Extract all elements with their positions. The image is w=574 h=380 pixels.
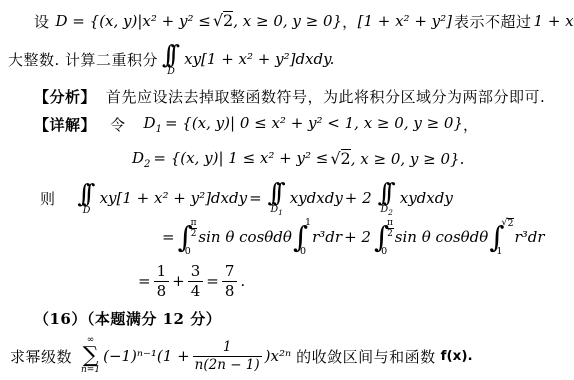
math-text: sin θ cosθdθ xyxy=(198,228,292,246)
cjk-comma: ， xyxy=(342,11,358,32)
integral: ∫ 1 0 xyxy=(293,218,311,256)
fraction: 18 xyxy=(154,262,170,301)
detail-label: 【详解】 xyxy=(34,114,96,135)
document-page: 设 D = {(x, y)|x² + y² ≤ √2 , x ≥ 0, y ≥ … xyxy=(0,0,574,380)
analysis-text: 首先应设法去掉取整函数符号，为此将积分区域分为两部分即可. xyxy=(106,86,545,107)
fraction: 1n(2n − 1) xyxy=(193,339,262,372)
double-integral-sign: ∫∫ xyxy=(268,180,286,206)
integral-sign: ∫ xyxy=(273,180,286,206)
math-text: sin θ cosθdθ xyxy=(395,228,489,246)
cjk-text: 令 xyxy=(110,114,126,135)
double-integral: ∫∫ D1 xyxy=(268,180,286,217)
math-text: (−1)ⁿ⁻¹(1 + xyxy=(103,347,190,365)
sigma-sign: ∑ xyxy=(83,346,99,367)
problem16-header: （16）（本题满分 12 分） xyxy=(34,306,221,330)
integral-upper-limit: √2 xyxy=(501,218,513,230)
period: . xyxy=(240,272,245,290)
summation: ∞ ∑ n=1 xyxy=(81,336,100,377)
cjk-text: 求幂级数 xyxy=(10,346,72,367)
math-text: r³dr xyxy=(515,228,545,246)
math-text: )x²ⁿ xyxy=(265,347,291,365)
double-integral-sign: ∫∫ xyxy=(162,42,180,68)
cjk-text: 设 xyxy=(34,11,50,32)
math-operator: + xyxy=(172,272,185,290)
calc-line2: = ∫ π2 0 sin θ cosθdθ ∫ 1 0 r³dr + 2 ∫ π… xyxy=(160,212,545,262)
math-text: xy[1 + x² + y²]dxdy xyxy=(100,189,248,207)
integral-lower-limit: 0 xyxy=(381,247,394,257)
problem16-title: （16）（本题满分 12 分） xyxy=(34,308,221,329)
math-operator: + 2 xyxy=(344,228,371,246)
math-text: , x ≥ 0, y ≥ 0}. xyxy=(351,150,465,168)
double-integral-sign: ∫∫ xyxy=(378,180,396,206)
cjk-text: 大整数. 计算二重积分 xyxy=(8,49,158,70)
math-text: r³dr xyxy=(312,228,342,246)
integral-upper-limit: π2 xyxy=(190,218,198,240)
cjk-text: 表示不超过 xyxy=(454,11,532,32)
sqrt-radicand: 2 xyxy=(223,11,233,30)
analysis-line: 【分析】 首先应设法去掉取整函数符号，为此将积分区域分为两部分即可. xyxy=(34,84,545,108)
math-text: xydxdy xyxy=(290,189,343,207)
integral-domain-label: D xyxy=(167,67,175,77)
detail-line-d1: 【详解】 令 D1 = {(x, y)| 0 ≤ x² + y² < 1, x … xyxy=(34,108,479,140)
integral-domain-label: D xyxy=(83,206,91,216)
sqrt-sign: √ xyxy=(213,11,223,30)
integral-lower-limit: 0 xyxy=(300,247,311,257)
equals-sign: = xyxy=(249,189,262,207)
calc-line3: = 18 + 34 = 78 . xyxy=(138,258,245,304)
math-text: [1 + x² + y²] xyxy=(358,12,452,30)
analysis-label: 【分析】 xyxy=(34,86,96,107)
double-integral: ∫∫ D xyxy=(78,181,96,216)
integral-lower-limit: 1 xyxy=(496,247,513,257)
math-text: D = {(x, y)|x² + y² ≤ xyxy=(56,12,211,30)
double-integral-sign: ∫∫ xyxy=(78,181,96,207)
equals-sign: = xyxy=(138,272,151,290)
math-text: D1 = {(x, y)| 0 ≤ x² + y² < 1, x ≥ 0, y … xyxy=(144,114,464,135)
sqrt-radicand: 2 xyxy=(341,149,351,168)
math-text: 1 + x² + y² xyxy=(534,12,574,30)
integral-sign: ∫ xyxy=(83,181,96,207)
detail-line-d2: D2 = {(x, y)| 1 ≤ x² + y² ≤ √2 , x ≥ 0, … xyxy=(132,144,464,174)
integral: ∫ π2 0 xyxy=(178,218,198,256)
equals-sign: = xyxy=(162,228,175,246)
integral-sign: ∫ xyxy=(167,42,180,68)
problem15-statement-line1: 设 D = {(x, y)|x² + y² ≤ √2 , x ≥ 0, y ≥ … xyxy=(34,6,574,36)
summation-lower-limit: n=1 xyxy=(81,366,100,376)
integral-upper-limit: 1 xyxy=(305,218,311,228)
double-integral: ∫∫ D2 xyxy=(378,180,396,217)
math-text: xy[1 + x² + y²]dxdy. xyxy=(184,50,334,68)
cjk-text: 则 xyxy=(40,188,56,209)
cjk-comma: ， xyxy=(463,114,479,135)
math-text: D2 = {(x, y)| 1 ≤ x² + y² ≤ xyxy=(132,149,328,170)
integral-lower-limit: 0 xyxy=(185,247,198,257)
double-integral: ∫∫ D xyxy=(162,42,180,77)
function-name: f(x). xyxy=(441,348,473,364)
sqrt-expression: √2 xyxy=(330,149,350,168)
math-operator: + 2 xyxy=(345,189,372,207)
integral-sign: ∫ xyxy=(383,180,396,206)
sqrt-expression: √2 xyxy=(213,11,233,30)
sqrt-sign: √ xyxy=(330,149,340,168)
cjk-text: 的收敛区间与和函数 xyxy=(296,346,436,367)
integral: ∫ π2 0 xyxy=(374,218,394,256)
integral-upper-limit: π2 xyxy=(386,218,394,240)
fraction: 34 xyxy=(188,262,204,301)
fraction: 78 xyxy=(222,262,238,301)
problem15-statement-line2: 大整数. 计算二重积分 ∫∫ D xy[1 + x² + y²]dxdy. xyxy=(8,36,334,82)
integral: ∫ √2 1 xyxy=(489,218,513,256)
problem16-statement: 求幂级数 ∞ ∑ n=1 (−1)ⁿ⁻¹(1 + 1n(2n − 1) )x²ⁿ… xyxy=(10,332,473,380)
math-text: , x ≥ 0, y ≥ 0} xyxy=(233,12,342,30)
math-text: xydxdy xyxy=(400,189,453,207)
equals-sign: = xyxy=(206,272,219,290)
